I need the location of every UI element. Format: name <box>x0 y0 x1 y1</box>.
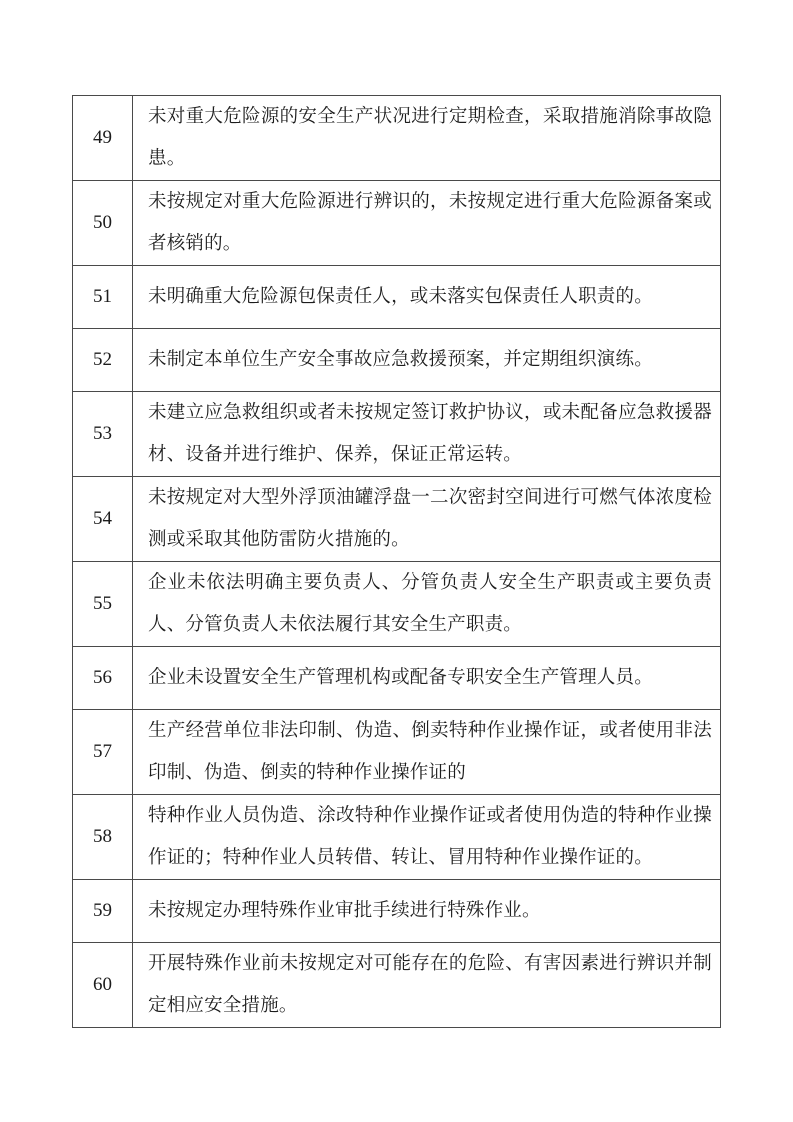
violations-table-body: 49 未对重大危险源的安全生产状况进行定期检查，采取措施消除事故隐患。 50 未… <box>73 96 721 1028</box>
row-text: 企业未依法明确主要负责人、分管负责人安全生产职责或主要负责人、分管负责人未依法履… <box>133 562 721 647</box>
table-row: 55 企业未依法明确主要负责人、分管负责人安全生产职责或主要负责人、分管负责人未… <box>73 562 721 647</box>
row-number: 54 <box>73 477 133 562</box>
row-text: 生产经营单位非法印制、伪造、倒卖特种作业操作证，或者使用非法印制、伪造、倒卖的特… <box>133 710 721 795</box>
table-row: 53 未建立应急救组织或者未按规定签订救护协议，或未配备应急救援器材、设备并进行… <box>73 392 721 477</box>
table-row: 60 开展特殊作业前未按规定对可能存在的危险、有害因素进行辨识并制定相应安全措施… <box>73 943 721 1028</box>
row-number: 53 <box>73 392 133 477</box>
table-row: 59 未按规定办理特殊作业审批手续进行特殊作业。 <box>73 880 721 943</box>
table-row: 58 特种作业人员伪造、涂改特种作业操作证或者使用伪造的特种作业操作证的；特种作… <box>73 795 721 880</box>
table-row: 57 生产经营单位非法印制、伪造、倒卖特种作业操作证，或者使用非法印制、伪造、倒… <box>73 710 721 795</box>
row-text: 未按规定对大型外浮顶油罐浮盘一二次密封空间进行可燃气体浓度检测或采取其他防雷防火… <box>133 477 721 562</box>
row-number: 49 <box>73 96 133 181</box>
row-number: 59 <box>73 880 133 943</box>
table-row: 52 未制定本单位生产安全事故应急救援预案，并定期组织演练。 <box>73 329 721 392</box>
table-row: 51 未明确重大危险源包保责任人，或未落实包保责任人职责的。 <box>73 266 721 329</box>
table-row: 49 未对重大危险源的安全生产状况进行定期检查，采取措施消除事故隐患。 <box>73 96 721 181</box>
violations-table: 49 未对重大危险源的安全生产状况进行定期检查，采取措施消除事故隐患。 50 未… <box>72 95 721 1028</box>
row-text: 企业未设置安全生产管理机构或配备专职安全生产管理人员。 <box>133 647 721 710</box>
row-text: 特种作业人员伪造、涂改特种作业操作证或者使用伪造的特种作业操作证的；特种作业人员… <box>133 795 721 880</box>
row-number: 58 <box>73 795 133 880</box>
row-text: 未明确重大危险源包保责任人，或未落实包保责任人职责的。 <box>133 266 721 329</box>
row-text: 开展特殊作业前未按规定对可能存在的危险、有害因素进行辨识并制定相应安全措施。 <box>133 943 721 1028</box>
row-number: 55 <box>73 562 133 647</box>
document-page: 49 未对重大危险源的安全生产状况进行定期检查，采取措施消除事故隐患。 50 未… <box>0 0 793 1122</box>
table-row: 56 企业未设置安全生产管理机构或配备专职安全生产管理人员。 <box>73 647 721 710</box>
table-row: 50 未按规定对重大危险源进行辨识的，未按规定进行重大危险源备案或者核销的。 <box>73 181 721 266</box>
row-text: 未对重大危险源的安全生产状况进行定期检查，采取措施消除事故隐患。 <box>133 96 721 181</box>
row-text: 未制定本单位生产安全事故应急救援预案，并定期组织演练。 <box>133 329 721 392</box>
row-number: 60 <box>73 943 133 1028</box>
row-number: 51 <box>73 266 133 329</box>
row-number: 52 <box>73 329 133 392</box>
row-text: 未按规定对重大危险源进行辨识的，未按规定进行重大危险源备案或者核销的。 <box>133 181 721 266</box>
row-number: 56 <box>73 647 133 710</box>
row-number: 57 <box>73 710 133 795</box>
table-row: 54 未按规定对大型外浮顶油罐浮盘一二次密封空间进行可燃气体浓度检测或采取其他防… <box>73 477 721 562</box>
row-number: 50 <box>73 181 133 266</box>
row-text: 未建立应急救组织或者未按规定签订救护协议，或未配备应急救援器材、设备并进行维护、… <box>133 392 721 477</box>
row-text: 未按规定办理特殊作业审批手续进行特殊作业。 <box>133 880 721 943</box>
